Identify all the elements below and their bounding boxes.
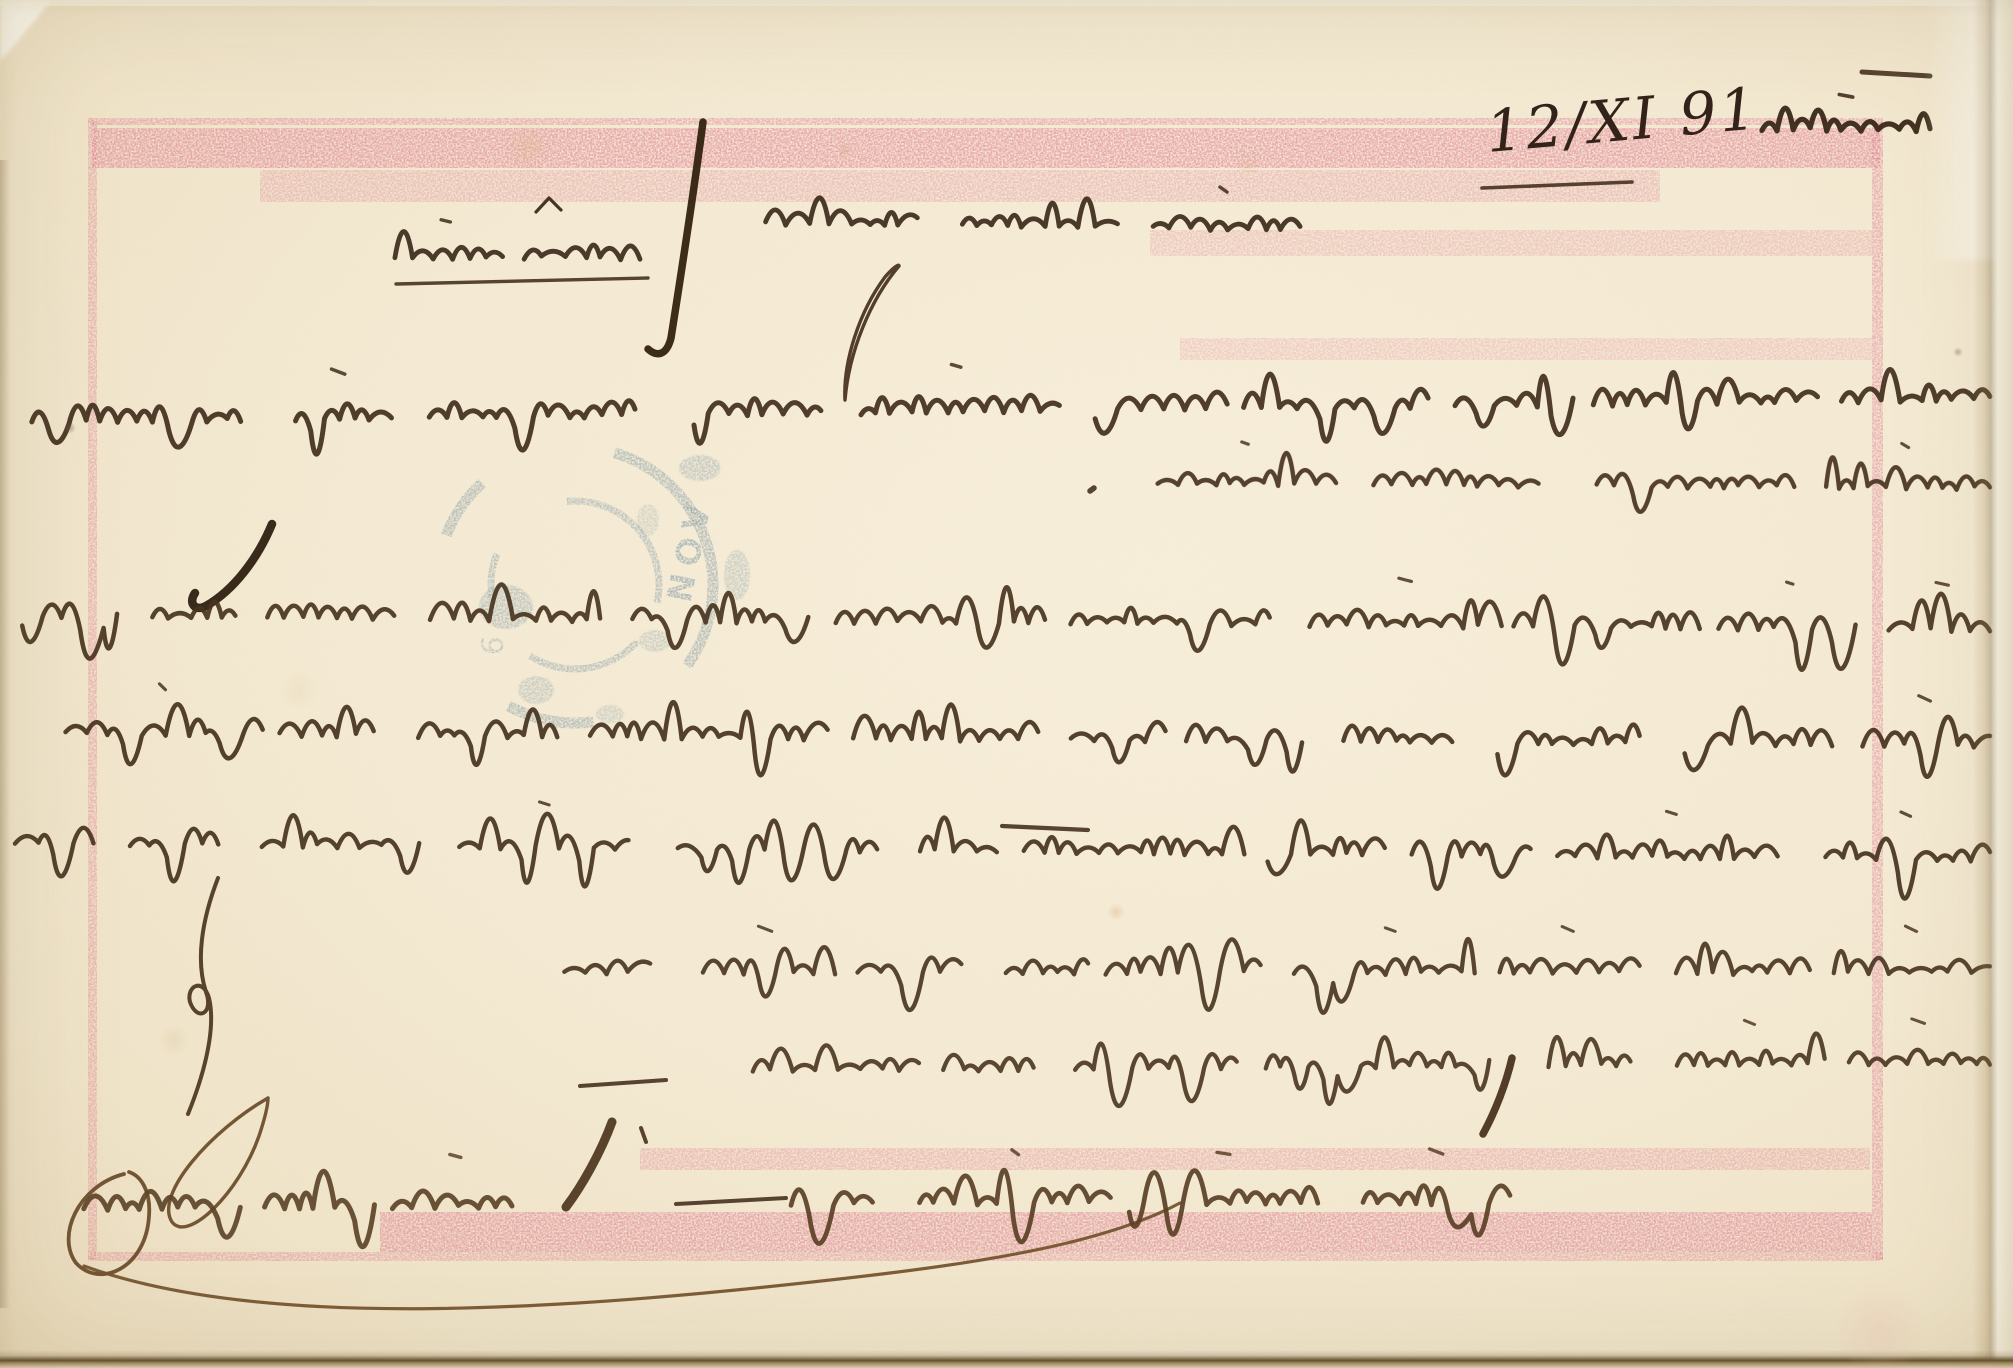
postmark-blob (679, 455, 721, 481)
postmark-blob (518, 676, 554, 704)
scan-corner-notch (0, 0, 52, 62)
frame-right (1872, 122, 1883, 1260)
postmark-digit-text: 6 (475, 635, 512, 657)
print-band (640, 1148, 1870, 1170)
print-band (1180, 338, 1872, 360)
postmark-blob (596, 705, 624, 723)
ink-diacritic (1839, 95, 1852, 98)
postcard-art: NOV6 12/XI 91 (0, 0, 2013, 1368)
print-band (260, 170, 1660, 202)
ink-diacritic (1787, 582, 1793, 584)
postmark-blob (637, 504, 659, 536)
print-band (380, 1212, 1872, 1252)
scan-edge-left (0, 160, 10, 1308)
ink-diacritic (441, 220, 450, 222)
frame-left (88, 120, 97, 1260)
period-line-2 (1090, 488, 1094, 491)
scan-edge-top (0, 0, 2013, 6)
print-band (1150, 230, 1872, 256)
postcard-scan: NOV6 12/XI 91 (0, 0, 2013, 1368)
ink-diacritic (1217, 1152, 1230, 1154)
scan-edge-right (1973, 0, 2013, 1368)
scan-edge-bottom (0, 1350, 2013, 1368)
